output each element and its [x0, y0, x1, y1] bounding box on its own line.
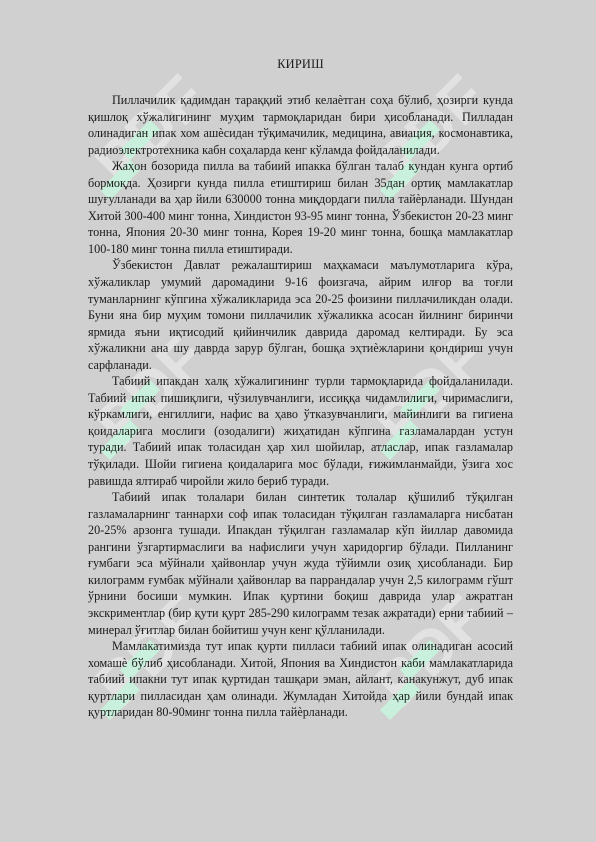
paragraph: Жаҳон бозорида пилла ва табиий ипакка бў… [88, 158, 513, 257]
paragraph: Мамлакатимизда тут ипак қурти пилласи та… [88, 638, 513, 721]
paragraph: Табиий ипакдан халқ хўжалигининг турли т… [88, 373, 513, 489]
document-page: КИРИШ Пиллачилик қадимдан тараққий этиб … [88, 56, 513, 721]
paragraph: Ўзбекистон Давлат режалаштириш маҳкамаси… [88, 257, 513, 373]
paragraph: Пиллачилик қадимдан тараққий этиб келаѐт… [88, 92, 513, 158]
page-title: КИРИШ [88, 56, 513, 72]
paragraph: Табиий ипак толалари билан синтетик тола… [88, 489, 513, 638]
